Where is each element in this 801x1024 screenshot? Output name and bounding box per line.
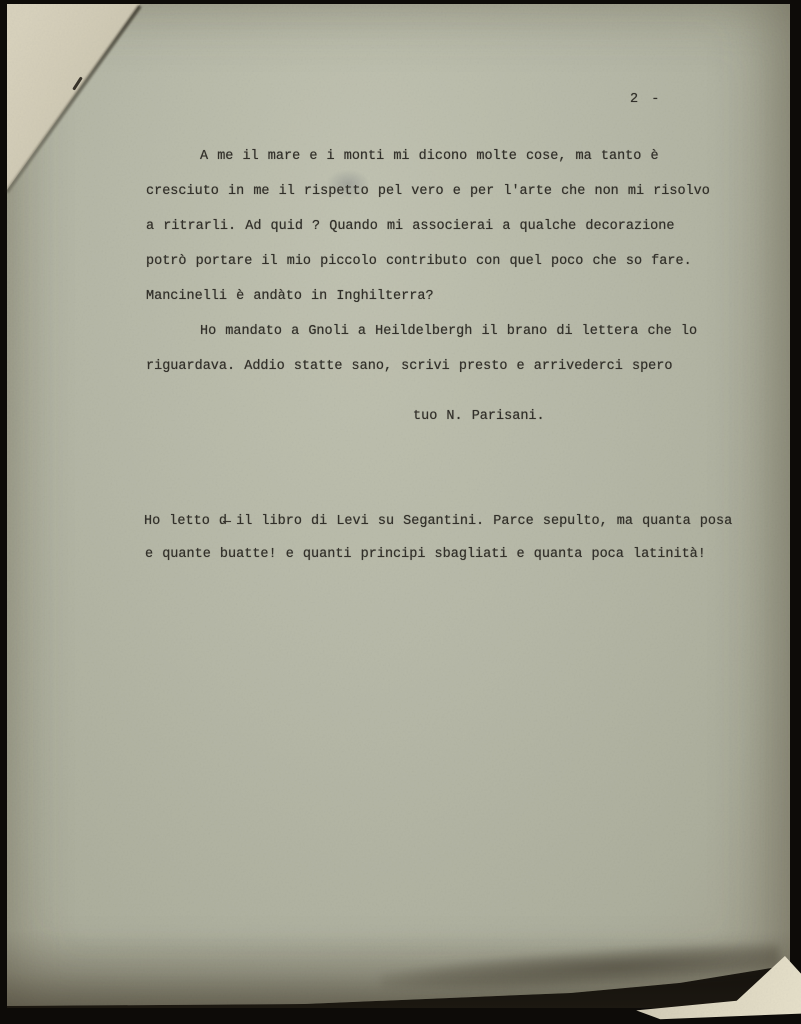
postscript-line: Ho letto d̶ il libro di Levi su Segantin…	[144, 513, 732, 531]
postscript-line: e quante buatte! e quanti principi sbagl…	[145, 546, 706, 564]
letter-line: a ritrarli. Ad quid ? Quando mi associer…	[146, 218, 674, 236]
letter-line: cresciuto in me il rispetto pel vero e p…	[146, 183, 710, 201]
letter-line: potrò portare il mio piccolo contributo …	[146, 253, 692, 271]
letter-line: Ho mandato a Gnoli a Heildelbergh il bra…	[200, 323, 697, 341]
signature-line: tuo N. Parisani.	[413, 408, 545, 426]
page-number: 2 -	[630, 91, 661, 109]
letter-line: Mancinelli è andàto in Inghilterra?	[146, 288, 434, 306]
letter-text: 2 - A me il mare e i monti mi dicono mol…	[0, 0, 801, 1024]
letter-line: A me il mare e i monti mi dicono molte c…	[200, 148, 659, 166]
scanned-letter-page: 2 - A me il mare e i monti mi dicono mol…	[0, 0, 801, 1024]
letter-line: riguardava. Addio statte sano, scrivi pr…	[146, 358, 672, 376]
